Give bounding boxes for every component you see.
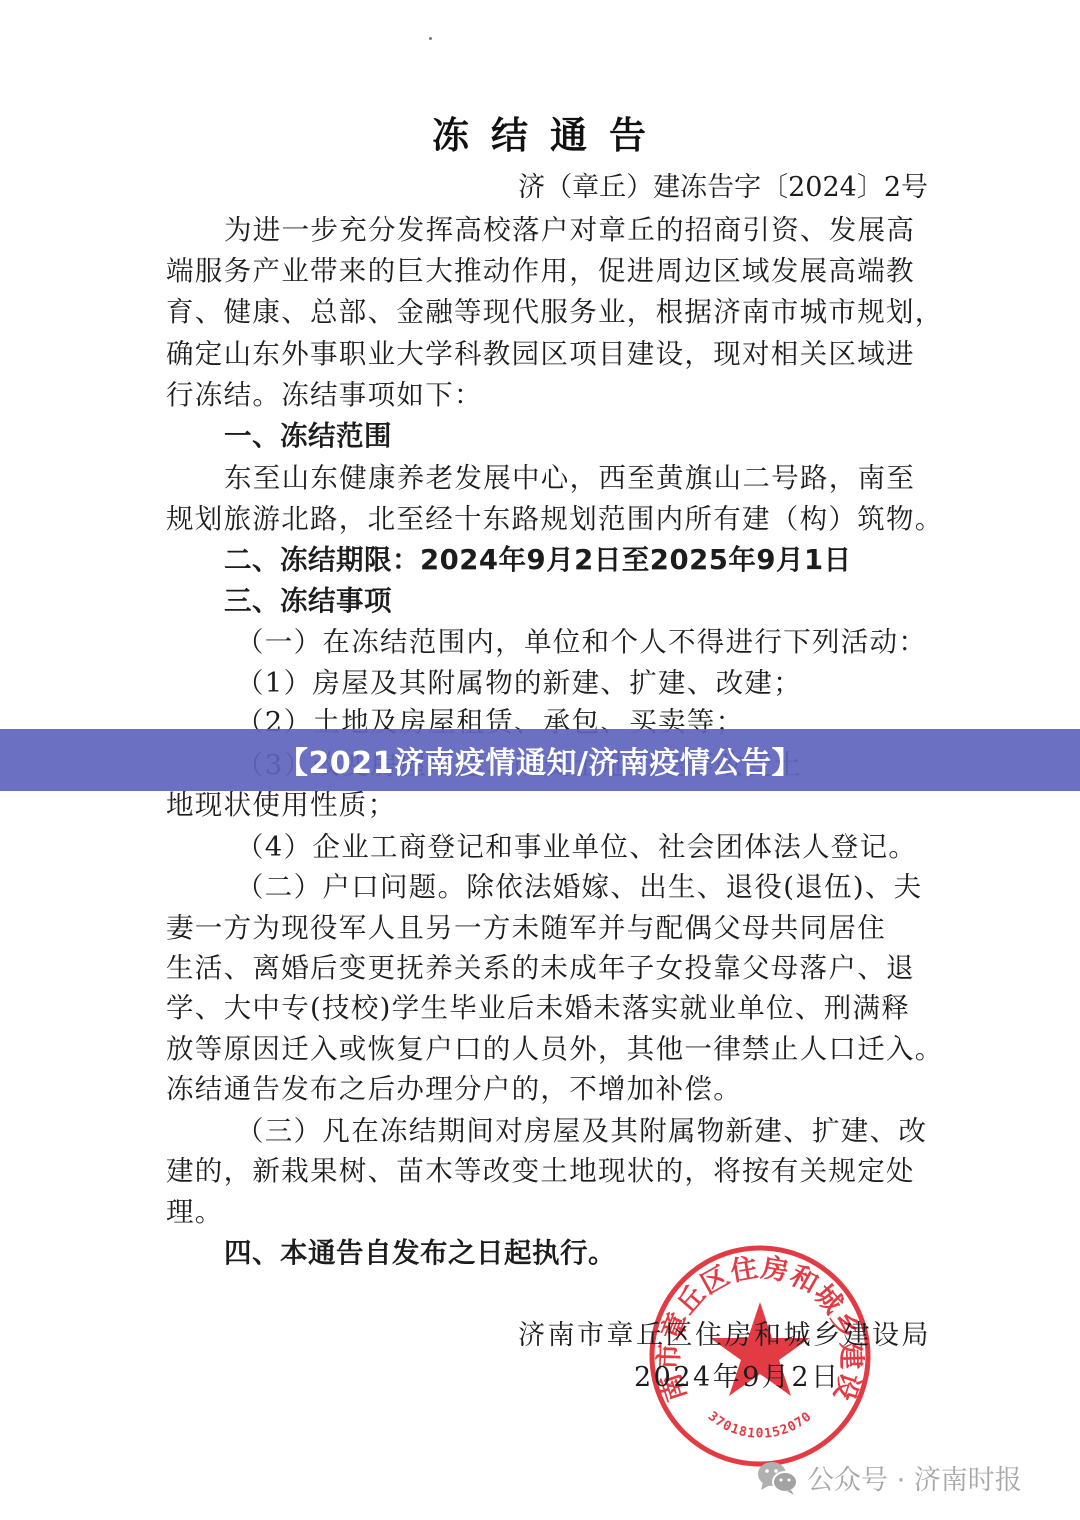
issuer-name: 济南市章丘区住房和城乡建设局 [518, 1318, 931, 1354]
scan-speck [429, 37, 432, 40]
body-text-line: 冻结通告发布之后办理分户的，不增加补偿。 [166, 1071, 742, 1107]
body-text-line: 理。 [166, 1194, 224, 1230]
wechat-icon [757, 1460, 799, 1496]
body-text-line: 端服务产业带来的巨大推动作用，促进周边区域发展高端教 [166, 253, 915, 289]
body-text-line: 放等原因迁入或恢复户口的人员外，其他一律禁止人口迁入。 [166, 1031, 944, 1067]
body-text-line: 建的，新栽果树、苗木等改变土地现状的，将按有关规定处 [166, 1153, 915, 1189]
issue-date: 2024年9月2日 [634, 1360, 841, 1396]
section-heading: 四、本通告自发布之日起执行。 [224, 1235, 616, 1271]
section-heading: 三、冻结事项 [224, 583, 392, 619]
body-text-line: 地现状使用性质； [166, 787, 396, 823]
body-text-line: （二）户口问题。除依法婚嫁、出生、退役(退伍)、夫 [236, 869, 922, 905]
svg-text:3701810152070: 3701810152070 [705, 1409, 815, 1442]
body-text-line: 育、健康、总部、金融等现代服务业，根据济南市城市规划， [166, 294, 944, 330]
wechat-watermark: 公众号 · 济南时报 [757, 1458, 1022, 1497]
official-seal-icon: 济南市章丘区住房和城乡建设局 3701810152070 [644, 1240, 876, 1472]
body-text-line: 确定山东外事职业大学科教园区项目建设，现对相关区域进 [166, 336, 915, 372]
body-text-line: （三）凡在冻结期间对房屋及其附属物新建、扩建、改 [236, 1113, 927, 1149]
notice-title: 冻结通告 [432, 112, 672, 160]
body-text-line: （4）企业工商登记和事业单位、社会团体法人登记。 [236, 829, 917, 865]
section-heading: 二、冻结期限：2024年9月2日至2025年9月1日 [224, 542, 852, 578]
body-text-line: 东至山东健康养老发展中心，西至黄旗山二号路，南至 [224, 460, 915, 496]
document-number: 济（章丘）建冻告字〔2024〕2号 [518, 170, 928, 206]
body-text-line: （1）房屋及其附属物的新建、扩建、改建； [236, 665, 802, 701]
watermark-text: 公众号 · 济南时报 [807, 1458, 1022, 1497]
body-text-line: 学、大中专(技校)学生毕业后未婚未落实就业单位、刑满释 [166, 990, 910, 1026]
body-text-line: 妻一方为现役军人且另一方未随军并与配偶父母共同居住 [166, 910, 886, 946]
section-heading: 一、冻结范围 [224, 418, 392, 454]
body-text-line: （一）在冻结范围内，单位和个人不得进行下列活动： [236, 624, 927, 660]
banner-title: 【2021济南疫情通知/济南疫情公告】 [278, 738, 802, 782]
body-text-line: 行冻结。冻结事项如下： [166, 377, 483, 413]
body-text-line: 生活、离婚后变更抚养关系的未成年子女投靠父母落户、退 [166, 950, 915, 986]
body-text-line: 为进一步充分发挥高校落户对章丘的招商引资、发展高 [224, 212, 915, 248]
body-text-line: 规划旅游北路，北至经十东路规划范围内所有建（构）筑物。 [166, 501, 944, 537]
headline-banner: 【2021济南疫情通知/济南疫情公告】 [0, 729, 1080, 791]
